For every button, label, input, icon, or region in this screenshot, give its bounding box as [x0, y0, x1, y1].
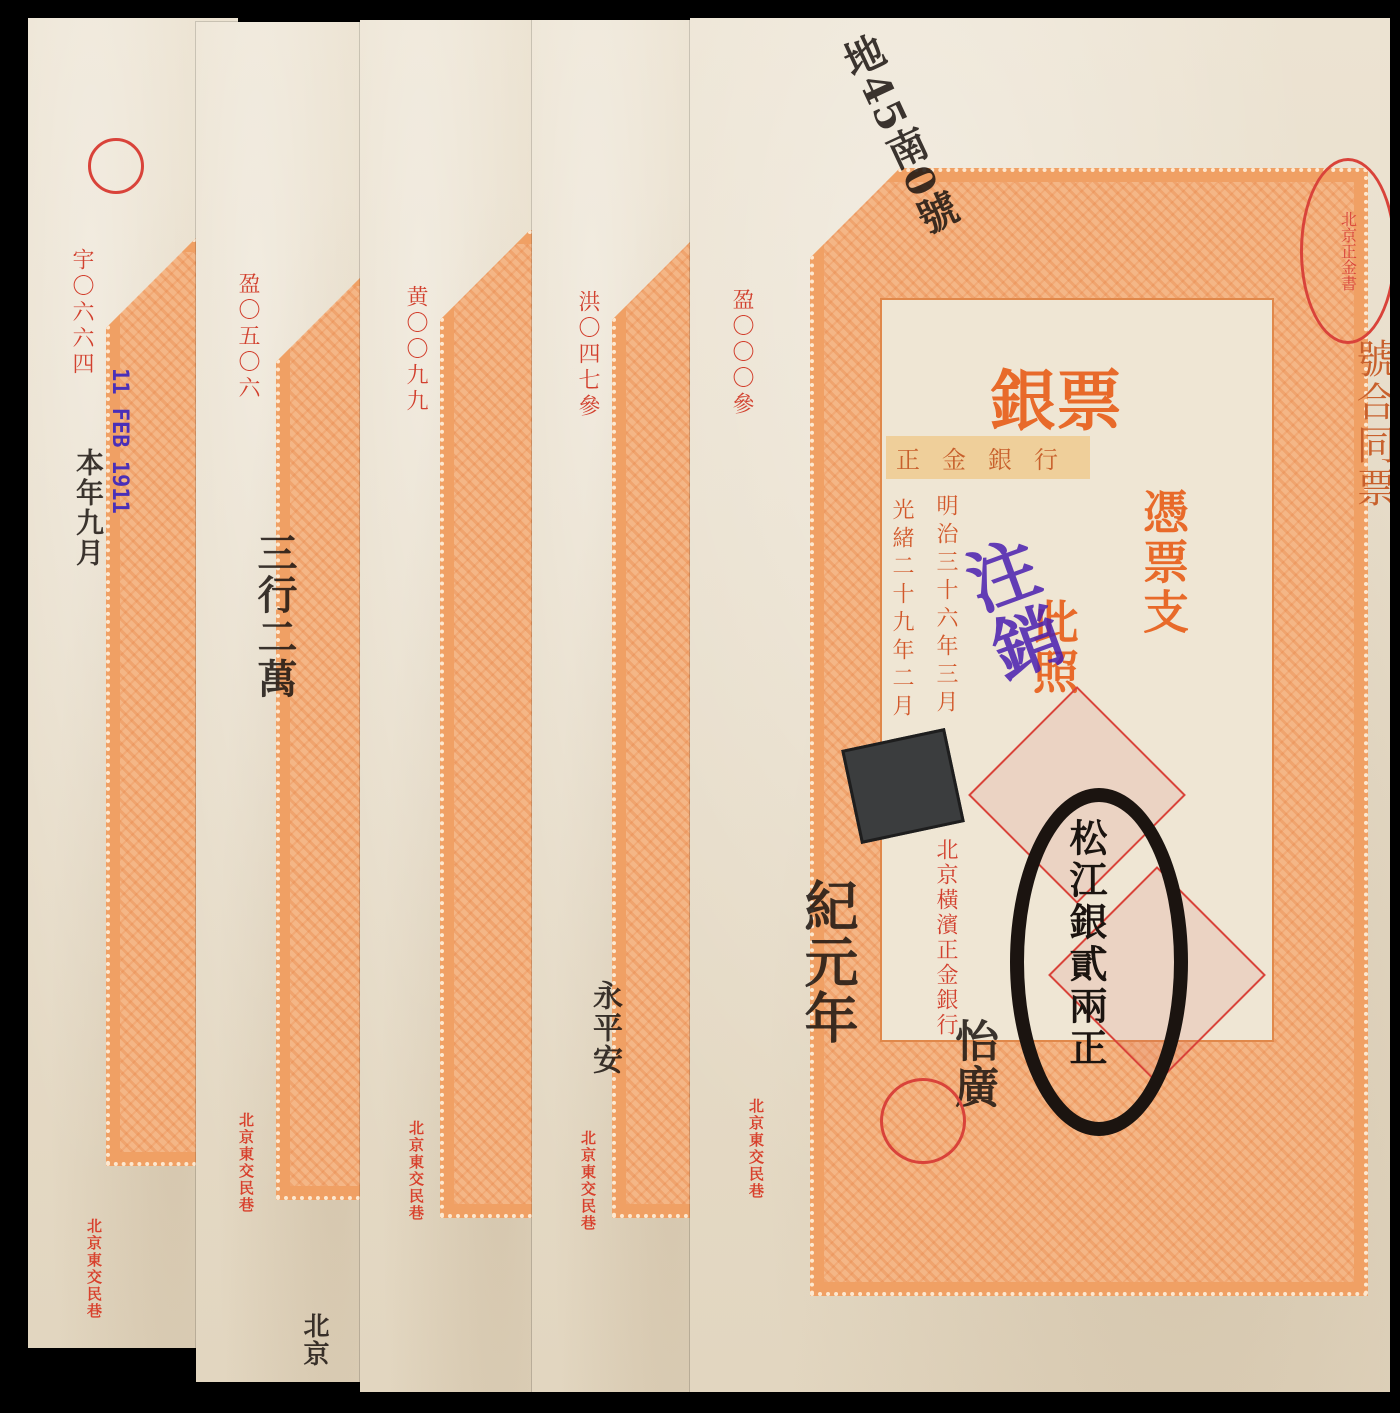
main-text: 憑票支 — [1130, 488, 1196, 638]
handwriting: 三行二萬 — [246, 532, 303, 700]
banknote-3: 黄〇〇九九 北京東交民巷 — [360, 20, 560, 1392]
handwriting: 永平安 — [582, 980, 626, 1076]
serial-number: 黄〇〇九九 — [400, 285, 431, 415]
bank-address: 北京東交民巷 — [578, 1130, 599, 1232]
handwriting: 本年九月 — [68, 448, 108, 568]
bank-address: 北京東交民巷 — [746, 1098, 767, 1200]
amount-handwritten: 松江銀貳兩正 — [1058, 818, 1113, 1070]
note-title: 銀票 — [990, 348, 1122, 443]
round-red-seal — [880, 1078, 966, 1164]
bank-address: 北京東交民巷 — [406, 1120, 427, 1222]
signature: 紀元年 — [790, 878, 867, 1046]
bank-address: 北京東交民巷 — [236, 1112, 257, 1214]
date-stamp: 11 FEB 1911 — [107, 368, 132, 514]
handwriting-bottom: 北京 — [296, 1312, 333, 1368]
side-oval-seal: 北京正金書 — [1300, 158, 1390, 344]
bank-band: 正金銀行 — [886, 436, 1090, 479]
date-guangxu: 光緒二十九年二月 — [886, 498, 917, 722]
serial-number: 宇〇六六四 — [66, 248, 97, 378]
banknote-5: 盈〇〇〇參 北京東交民巷 銀票 正金銀行 憑票支 此照 光緒二十九年二月 明治三… — [690, 18, 1390, 1392]
side-right-text: 號合同票 — [1345, 338, 1390, 510]
red-seal — [88, 138, 144, 194]
bank-name: 北京橫濱正金銀行 — [930, 838, 961, 1038]
serial-number: 盈〇五〇六 — [232, 272, 263, 402]
serial-number: 盈〇〇〇參 — [726, 288, 757, 418]
serial-number: 洪〇四七參 — [572, 290, 603, 420]
bank-address: 北京東交民巷 — [84, 1218, 105, 1320]
